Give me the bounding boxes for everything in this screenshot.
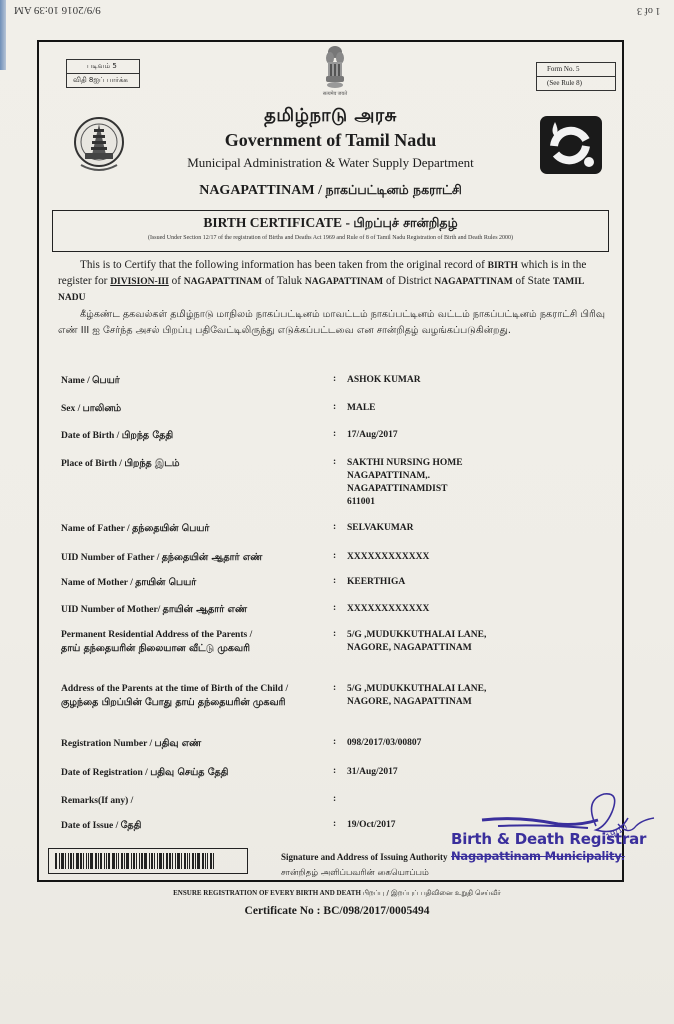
certificate-title-en: BIRTH CERTIFICATE - [203,215,353,230]
certification-statement: This is to Certify that the following in… [58,258,606,306]
field-label-ta: பிறந்த இடம் [124,458,179,469]
field-label-en: Date of Registration / [61,768,150,778]
certificate-subtitle: (Issued Under Section 12/17 of the regis… [53,235,608,241]
statement-tamil-text: கீழ்கண்ட தகவல்கள் தமிழ்நாடு மாநிலம் நாகப… [58,309,605,336]
field-separator: : [333,429,336,439]
scan-timestamp: 9/9/2016 10:39 AM [14,4,101,16]
statement-text: of Taluk [262,275,305,287]
certificate-title-ta: பிறப்புச் சான்றிதழ் [353,215,457,230]
field-label: Address of the Parents at the time of Bi… [61,683,331,710]
area: NAGAPATTINAM [184,277,262,287]
footer-note-en: ENSURE REGISTRATION OF EVERY BIRTH AND D… [173,889,363,897]
certificate-title-box: BIRTH CERTIFICATE - பிறப்புச் சான்றிதழ் … [52,210,609,252]
form-number-box: Form No. 5 (See Rule 8) [536,62,616,91]
field-label-en: Sex / [61,404,83,414]
certificate-number-value: BC/098/2017/0005494 [323,905,429,917]
field-separator: : [333,402,336,412]
field-value: MALE [347,402,617,415]
statement-text: of State [513,275,553,287]
field-label-en: Registration Number / [61,739,155,749]
field-separator: : [333,819,336,829]
barcode-box [48,848,248,874]
field-value: 17/Aug/2017 [347,429,617,442]
field-label-ta: குழந்தை பிறப்பின் போது தாய் தந்தையரின் ம… [61,697,285,708]
district: NAGAPATTINAM [434,277,512,287]
registrar-organization: Nagapattinam Municipality. [451,849,646,863]
field-value: 5/G ,MUDUKKUTHALAI LANE,NAGORE, NAGAPATT… [347,683,617,709]
field-label: Registration Number / பதிவு எண் [61,737,331,751]
field-separator: : [333,457,336,467]
field-label: Place of Birth / பிறந்த இடம் [61,457,331,471]
field-value-line: NAGAPATTINAM,. [347,470,617,483]
field-label-en: Address of the Parents at the time of Bi… [61,684,288,694]
field-label-ta: பதிவு எண் [155,738,202,749]
field-label-ta: தந்தையின் ஆதார் எண் [162,552,263,563]
field-value: XXXXXXXXXXXX [347,551,617,564]
page-indicator: 1 of 3 [637,5,660,16]
field-value: 31/Aug/2017 [347,766,617,779]
signature-label: Signature and Address of Issuing Authori… [281,852,447,862]
footer-note-ta: பிறப்பு / இறப்புப் பதிவினை உறுதி செய்வீர… [363,889,501,897]
field-label-en: Name of Mother / [61,578,135,588]
record-type: BIRTH [488,261,518,271]
municipality-ta: நாகப்பட்டினம் நகராட்சி [325,182,461,197]
field-value-line: 5/G ,MUDUKKUTHALAI LANE, [347,683,617,696]
registrar-title: Birth & Death Registrar [451,830,646,848]
statement-text: This is to Certify that the following in… [80,259,488,271]
field-label: UID Number of Mother/ தாயின் ஆதார் எண் [61,603,331,617]
emblem-caption: सत्यमेव जयते [322,91,348,97]
department-heading: Municipal Administration & Water Supply … [39,155,622,171]
field-label-ta: தேதி [121,820,142,831]
rule-ref: (See Rule 8) [537,76,615,90]
field-label-en: Date of Birth / [61,431,122,441]
certificate-frame: படிவம் 5 விதி 8ஐப் பார்க்க Form No. 5 (S… [37,40,624,882]
field-value: KEERTHIGA [347,576,617,589]
field-value-line: NAGORE, NAGAPATTINAM [347,642,617,655]
field-label: Sex / பாலினம் [61,402,331,416]
tamil-government-heading: தமிழ்நாடு அரசு [39,105,622,128]
field-separator: : [333,766,336,776]
field-value: SAKTHI NURSING HOMENAGAPATTINAM,.NAGAPAT… [347,457,617,509]
rule-ref-tamil: விதி 8ஐப் பார்க்க [67,73,139,87]
field-value-line: SAKTHI NURSING HOME [347,457,617,470]
scan-edge [0,0,6,70]
field-label: UID Number of Father / தந்தையின் ஆதார் எ… [61,551,331,565]
field-separator: : [333,374,336,384]
field-label-en: Permanent Residential Address of the Par… [61,630,252,640]
certificate-number-label: Certificate No : [245,905,324,917]
field-value: 5/G ,MUDUKKUTHALAI LANE,NAGORE, NAGAPATT… [347,629,617,655]
field-label-en: Remarks(If any) / [61,796,133,806]
field-value: XXXXXXXXXXXX [347,603,617,616]
taluk: NAGAPATTINAM [305,277,383,287]
statement-text: of [169,275,184,287]
field-label-en: Name of Father / [61,524,132,534]
field-separator: : [333,794,336,804]
national-emblem-icon [324,44,346,90]
field-label-ta: தந்தையின் பெயர் [132,523,209,534]
certification-statement-tamil: கீழ்கண்ட தகவல்கள் தமிழ்நாடு மாநிலம் நாகப… [58,307,606,339]
field-label-ta: பெயர் [92,375,120,386]
field-label-ta: தாயின் ஆதார் எண் [163,604,247,615]
form-number-box-tamil: படிவம் 5 விதி 8ஐப் பார்க்க [66,59,140,88]
municipality-en: NAGAPATTINAM / [199,183,325,198]
form-number: Form No. 5 [537,63,615,76]
field-label-ta: பதிவு செய்த தேதி [150,767,228,778]
certificate-title: BIRTH CERTIFICATE - பிறப்புச் சான்றிதழ் [53,215,608,232]
division: DIVISION-III [110,277,169,287]
field-label-ta: தாய் தந்தையரின் நிலையான வீட்டு முகவரி [61,643,250,654]
field-label: Remarks(If any) / [61,794,331,808]
certificate-number: Certificate No : BC/098/2017/0005494 [0,905,674,917]
field-label: Name of Mother / தாயின் பெயர் [61,576,331,590]
field-separator: : [333,576,336,586]
footer-note: ENSURE REGISTRATION OF EVERY BIRTH AND D… [0,889,674,898]
field-separator: : [333,737,336,747]
field-separator: : [333,683,336,693]
field-label-en: UID Number of Mother/ [61,605,163,615]
field-label-en: Date of Issue / [61,821,121,831]
field-separator: : [333,629,336,639]
field-label: Name / பெயர் [61,374,331,388]
field-label-ta: பாலினம் [83,403,122,414]
field-label-en: Name / [61,376,92,386]
field-value-line: 5/G ,MUDUKKUTHALAI LANE, [347,629,617,642]
field-separator: : [333,551,336,561]
field-label: Name of Father / தந்தையின் பெயர் [61,522,331,536]
field-label-en: Place of Birth / [61,459,124,469]
field-separator: : [333,603,336,613]
field-label: Permanent Residential Address of the Par… [61,629,331,656]
field-value: 098/2017/03/00807 [347,737,617,750]
field-separator: : [333,522,336,532]
field-label-ta: தாயின் பெயர் [135,577,196,588]
field-value-line: NAGAPATTINAMDIST [347,483,617,496]
barcode-icon [55,853,237,869]
registrar-stamp: Birth & Death Registrar Nagapattinam Mun… [451,830,646,863]
field-label: Date of Birth / பிறந்த தேதி [61,429,331,443]
form-number-tamil: படிவம் 5 [67,60,139,73]
field-label-en: UID Number of Father / [61,553,162,563]
statement-text: of District [383,275,434,287]
field-value: SELVAKUMAR [347,522,617,535]
signature-label-tamil: சான்றிதழ் அளிப்பவரின் கையொப்பம் [281,868,429,879]
field-label: Date of Registration / பதிவு செய்த தேதி [61,766,331,780]
field-label-ta: பிறந்த தேதி [122,430,173,441]
municipality-heading: NAGAPATTINAM / நாகப்பட்டினம் நகராட்சி [39,182,622,199]
field-label: Date of Issue / தேதி [61,819,331,833]
field-value: ASHOK KUMAR [347,374,617,387]
field-value-line: 611001 [347,496,617,509]
government-heading: Government of Tamil Nadu [39,130,622,151]
field-value-line: NAGORE, NAGAPATTINAM [347,696,617,709]
